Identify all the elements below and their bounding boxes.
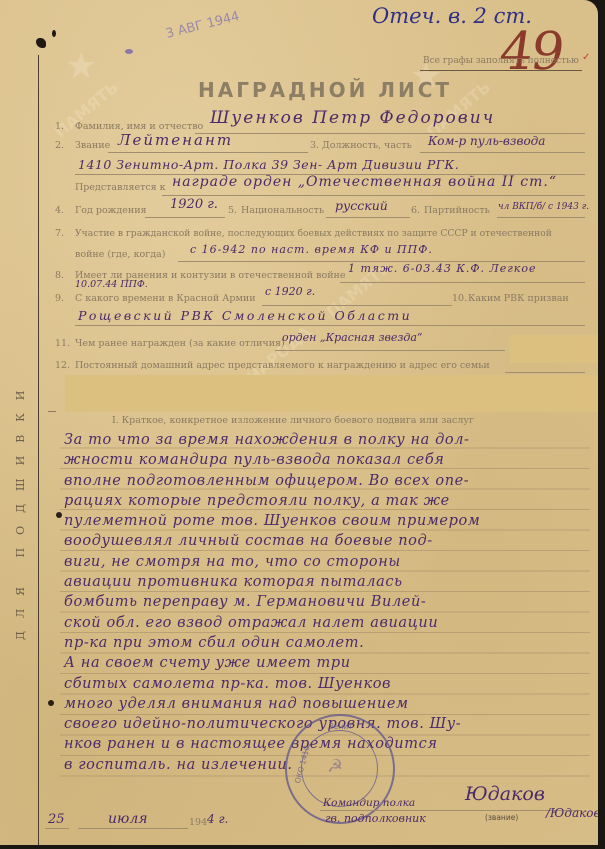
citation-line: нков ранен и в настоящее время находится bbox=[64, 734, 480, 754]
field-12-label: Постоянный домашний адрес представляемог… bbox=[75, 360, 490, 371]
ink-blot bbox=[56, 512, 62, 518]
field-10-number: 10. bbox=[452, 293, 467, 304]
citation-line: авиации противника которая пыталась bbox=[64, 572, 480, 592]
field-11-line bbox=[275, 350, 505, 351]
field-7-number: 7. bbox=[55, 228, 64, 239]
signature-scribble: Юдаков bbox=[465, 783, 545, 805]
field-5-line bbox=[326, 217, 410, 218]
citation-line: в госпиталь. на излечении. bbox=[64, 755, 480, 775]
citation-line: много уделял внимания над повышением bbox=[64, 694, 480, 714]
date-month-line bbox=[78, 828, 188, 829]
signer-position: Командир полка bbox=[323, 797, 415, 809]
field-6-number: 6. bbox=[411, 205, 420, 216]
ink-blot bbox=[52, 30, 56, 37]
citation-line: своего идейно-политического уровня. тов.… bbox=[64, 714, 480, 734]
presented-for-value[interactable]: награде орден „Отечественная война II ст… bbox=[172, 174, 557, 190]
binding-margin-text: ДЛЯ ПОДШИВКИ bbox=[14, 378, 27, 640]
field-2-label: Звание bbox=[75, 140, 110, 151]
seal-emblem-icon: ☭ bbox=[327, 756, 343, 777]
citation-line: ской обл. его взвод отражал налет авиаци… bbox=[64, 613, 480, 633]
citation-line: сбитых самолета пр-ка. тов. Шуенков bbox=[64, 674, 480, 694]
field-8-continuation[interactable]: 10.07.44 ППФ. bbox=[75, 279, 148, 290]
field-6-value[interactable]: чл ВКП/б/ с 1943 г. bbox=[498, 202, 589, 212]
field-11-label: Чем ранее награжден (за какие отличия) bbox=[75, 338, 285, 349]
watermark-star-icon: ★ bbox=[65, 45, 97, 87]
field-3-continuation[interactable]: 1410 Зенитно-Арт. Полка 39 Зен- Арт Диви… bbox=[78, 157, 459, 172]
field-5-number: 5. bbox=[228, 205, 237, 216]
citation-line: жности командира пуль-взвода показал себ… bbox=[64, 450, 480, 470]
citation-line: А на своем счету уже имеет три bbox=[64, 653, 480, 673]
signer-rank: гв. подполковник bbox=[325, 812, 426, 825]
presented-for-line bbox=[162, 195, 585, 196]
field-4-number: 4. bbox=[55, 205, 64, 216]
field-9-number: 9. bbox=[55, 293, 64, 304]
field-2-number: 2. bbox=[55, 140, 64, 151]
note-underline bbox=[420, 70, 582, 71]
citation-line: За то что за время нахождения в полку на… bbox=[64, 430, 480, 450]
document-title: НАГРАДНОЙ ЛИСТ bbox=[198, 78, 452, 102]
date-month: июля bbox=[108, 811, 148, 827]
field-3-number: 3. bbox=[310, 140, 319, 151]
citation-line: воодушевлял личный состав на боевые под- bbox=[64, 531, 480, 551]
field-12-number: 12. bbox=[55, 360, 70, 371]
field-6-line bbox=[497, 217, 585, 218]
fill-all-fields-note: Все графы заполнять полностью bbox=[423, 56, 579, 66]
section-heading: I. Краткое, конкретное изложение личного… bbox=[112, 415, 474, 426]
citation-line: бомбить переправу м. Германовичи Вилей- bbox=[64, 592, 480, 612]
field-2-line bbox=[108, 152, 308, 153]
field-3-line bbox=[420, 152, 585, 153]
field-3-value[interactable]: Ком-р пуль-взвода bbox=[428, 134, 545, 148]
field-4-value[interactable]: 1920 г. bbox=[170, 197, 218, 212]
field-7-value[interactable]: с 16-942 по наст. время КФ и ППФ. bbox=[190, 243, 433, 256]
award-sheet-page: ★ ПАМЯТЬ ★ ПАМЯТЬ НАРОДА ПАМЯТЬ 3 АВГ 19… bbox=[0, 0, 598, 845]
field-9-label: С какого времени в Красной Армии bbox=[75, 293, 256, 304]
received-date-stamp: 3 АВГ 1944 bbox=[164, 9, 241, 42]
citation-line: пулеметной роте тов. Шуенков своим приме… bbox=[64, 511, 480, 531]
field-7-label-2: войне (где, когда) bbox=[75, 249, 165, 260]
citation-line: вполне подготовленным офицером. Во всех … bbox=[64, 471, 480, 491]
field-2-value[interactable]: Лейтенант bbox=[118, 131, 233, 149]
field-8-value[interactable]: 1 тяж. 6-03.43 К.Ф. Легкое bbox=[348, 262, 537, 275]
field-5-value[interactable]: русский bbox=[335, 198, 388, 213]
citation-line: виги, не смотря на то, что со стороны bbox=[64, 552, 480, 572]
date-day: 25 bbox=[48, 812, 65, 827]
field-4-label: Год рождения bbox=[75, 205, 147, 216]
red-check-mark: ✓ bbox=[582, 52, 590, 63]
binding-margin-line bbox=[38, 55, 39, 845]
field-10-line bbox=[75, 325, 585, 326]
citation-line: пр-ка при этом сбил один самолет. bbox=[64, 633, 480, 653]
presented-for-label: Представляется к bbox=[75, 182, 166, 193]
field-12-line bbox=[505, 372, 585, 373]
dash-mark bbox=[48, 411, 56, 412]
rank-caption: (звание) bbox=[485, 813, 518, 822]
field-9-value[interactable]: с 1920 г. bbox=[265, 285, 315, 298]
citation-line: рациях которые предстояли полку, а так ж… bbox=[64, 491, 480, 511]
date-year-prefix: 194 bbox=[189, 817, 207, 828]
field-3-label: Должность, часть bbox=[322, 140, 412, 151]
sheet-number: 49 bbox=[496, 22, 567, 82]
field-1-value[interactable]: Шуенков Петр Федорович bbox=[210, 108, 495, 128]
date-day-line bbox=[45, 828, 69, 829]
citation-text: За то что за время нахождения в полку на… bbox=[64, 430, 480, 775]
field-1-number: 1. bbox=[55, 121, 64, 132]
ink-mark bbox=[125, 49, 133, 54]
ink-blot bbox=[48, 700, 54, 706]
field-10-label: Каким РВК призван bbox=[468, 293, 569, 304]
field-11-value[interactable]: орден „Красная звезда“ bbox=[282, 331, 423, 344]
ink-blot bbox=[36, 38, 46, 48]
field-8-line bbox=[340, 282, 585, 283]
signature-line bbox=[320, 810, 580, 811]
seal-text-top: Зенит bbox=[329, 722, 353, 731]
field-9-line bbox=[262, 305, 452, 306]
date-year-suffix: 4 г. bbox=[207, 812, 228, 826]
field-4-line bbox=[145, 217, 225, 218]
redacted-area bbox=[510, 335, 598, 363]
field-8-number: 8. bbox=[55, 270, 64, 281]
field-5-label: Национальность bbox=[241, 205, 324, 216]
signer-name: /Юдаков/ bbox=[546, 806, 598, 820]
field-6-label: Партийность bbox=[424, 205, 490, 216]
field-11-number: 11. bbox=[55, 338, 70, 349]
redacted-address bbox=[65, 375, 598, 412]
field-7-label: Участие в гражданской войне, последующих… bbox=[75, 228, 552, 239]
field-10-value[interactable]: Рощевский РВК Смоленской Области bbox=[78, 308, 412, 323]
